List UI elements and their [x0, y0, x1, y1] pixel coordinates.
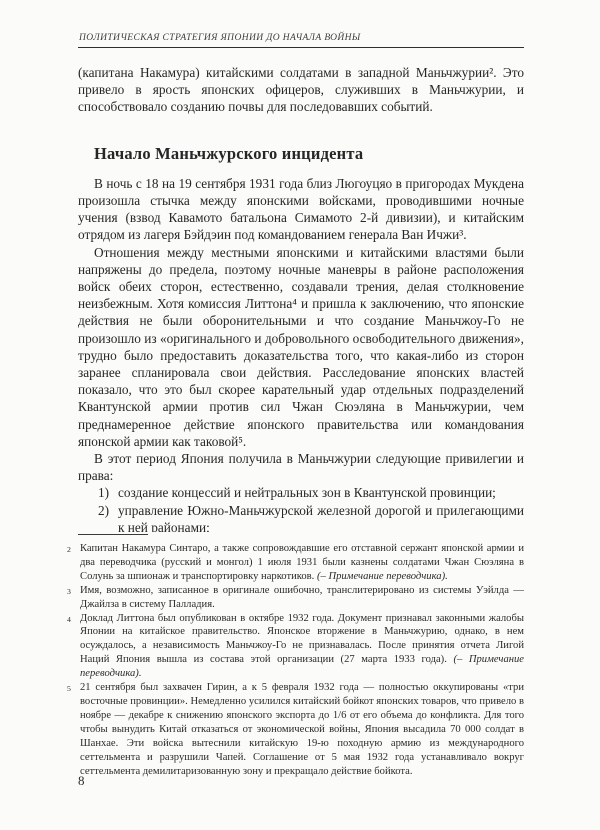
- running-header: ПОЛИТИЧЕСКАЯ СТРАТЕГИЯ ЯПОНИИ ДО НАЧАЛА …: [79, 33, 361, 43]
- footnote-number: 2: [67, 543, 71, 557]
- page-number: 8: [78, 773, 85, 789]
- footnote-text: Доклад Литтона был опубликован в октябре…: [80, 613, 524, 680]
- footnotes-section: 2 Капитан Накамура Синтаро, а также сопр…: [80, 534, 524, 778]
- page-body: (капитана Накамура) китайскими солдатами…: [78, 64, 524, 532]
- paragraph-privileges-lead: В этот период Япония получила в Маньчжур…: [78, 450, 524, 484]
- footnote: 4 Доклад Литтона был опубликован в октяб…: [80, 612, 524, 682]
- footnote-text: Капитан Накамура Синтаро, а также сопров…: [80, 543, 524, 582]
- list-item: 1) создание концессий и нейтральных зон …: [78, 484, 524, 501]
- paragraph-relations: Отношения между местными японскими и кит…: [78, 244, 524, 450]
- footnote-number: 3: [67, 585, 71, 599]
- privileges-list: 1) создание концессий и нейтральных зон …: [78, 484, 524, 532]
- list-item-text: управление Южно-Маньчжурской железной до…: [118, 503, 524, 532]
- list-item-text: создание концессий и нейтральных зон в К…: [118, 485, 496, 500]
- list-item-number: 1): [98, 484, 109, 501]
- footnote-number: 4: [67, 613, 71, 627]
- list-item: 2) управление Южно-Маньчжурской железной…: [78, 502, 524, 532]
- book-page: ПОЛИТИЧЕСКАЯ СТРАТЕГИЯ ЯПОНИИ ДО НАЧАЛА …: [0, 0, 600, 830]
- footnote: 5 21 сентября был захвачен Гирин, а к 5 …: [80, 681, 524, 778]
- paragraph-incident: В ночь с 18 на 19 сентября 1931 года бли…: [78, 175, 524, 244]
- intro-paragraph: (капитана Накамура) китайскими солдатами…: [78, 64, 524, 116]
- footnote-text: 21 сентября был захвачен Гирин, а к 5 фе…: [80, 682, 524, 776]
- section-heading: Начало Маньчжурского инцидента: [94, 145, 524, 162]
- footnote: 2 Капитан Накамура Синтаро, а также сопр…: [80, 542, 524, 584]
- list-item-number: 2): [98, 502, 109, 519]
- footnote-text: Имя, возможно, записанное в оригинале ош…: [80, 585, 524, 610]
- footnote-separator: [78, 534, 148, 535]
- footnote-number: 5: [67, 682, 71, 696]
- header-rule: [78, 47, 524, 48]
- footnote: 3 Имя, возможно, записанное в оригинале …: [80, 584, 524, 612]
